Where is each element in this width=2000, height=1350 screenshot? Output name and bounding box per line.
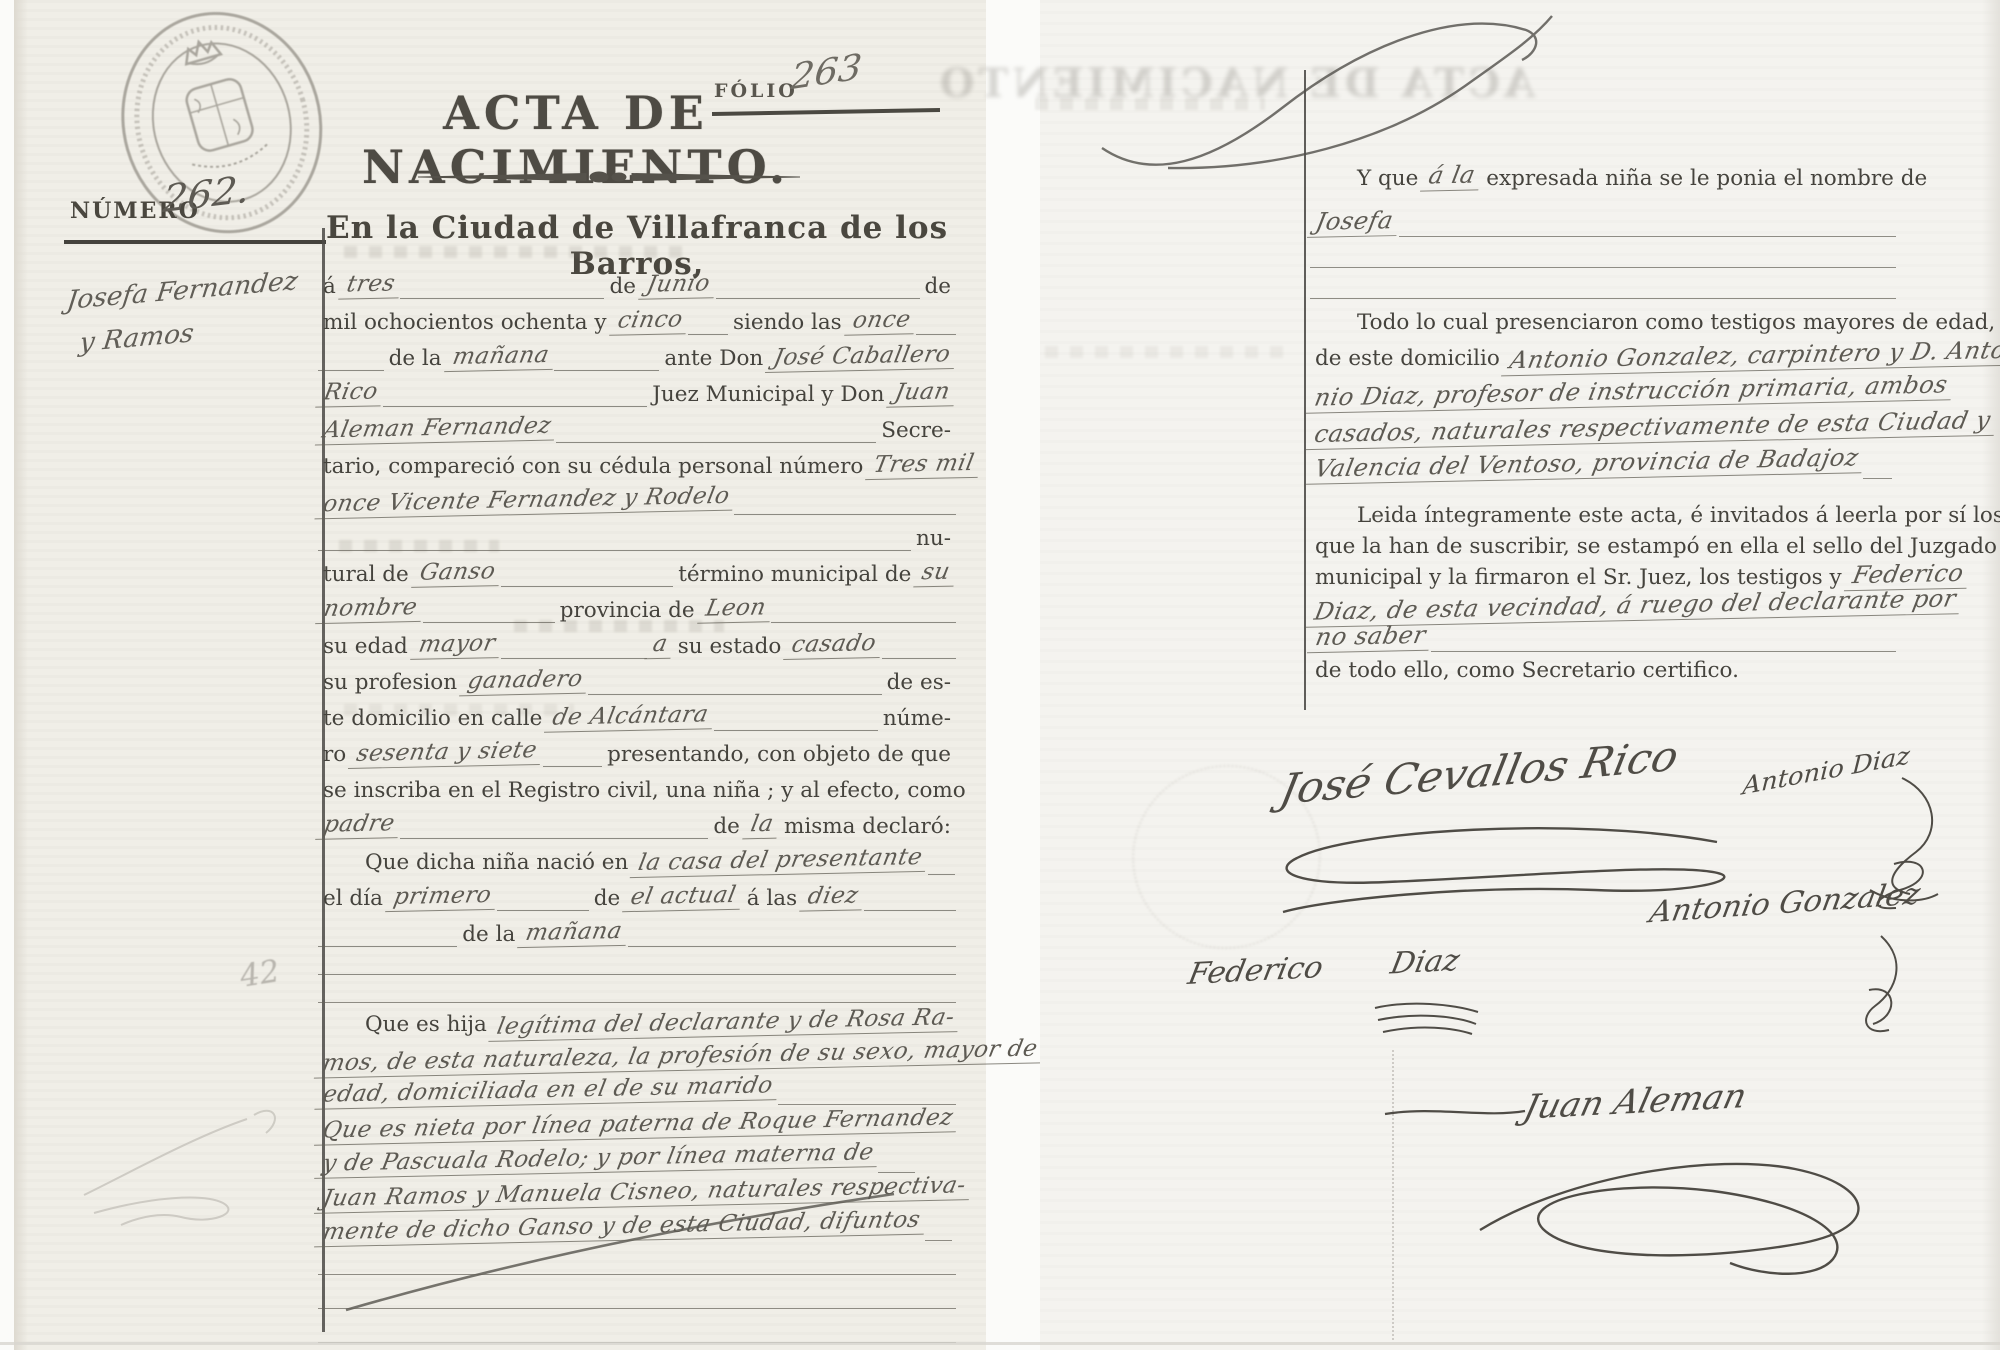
secretary-signature-leadin [1380,1102,1530,1124]
form-line: se inscriba en el Registro civil, una ni… [318,770,956,806]
margin-child-name: Josefa Fernandez y Ramos [59,257,324,366]
printed-text: expresada niña se le ponia el nombre de [1481,166,1932,191]
handwritten-entry: el actual [622,882,744,912]
form-line: y de Pascuala Rodelo; y por línea matern… [318,1142,956,1176]
ruled-underline [423,617,555,623]
form-line: Y queá laexpresada niña se le ponia el n… [1310,148,1896,194]
printed-text: término municipal de [673,562,916,587]
handwritten-entry: la [742,811,782,840]
pencil-annotation: 42 [237,953,282,995]
signer-for-declarant-signature: Federico Diaz [1185,943,1463,992]
printed-text: tural de [318,562,414,587]
printed-text: de [604,274,641,299]
handwritten-entry: su [914,559,959,588]
form-line: no saber [1310,624,1896,655]
form-line: Juan Ramos y Manuela Cisneo, naturales r… [318,1176,956,1210]
handwritten-entry: cinco [609,306,691,336]
form-line [318,1244,956,1278]
ruled-underline [556,437,876,443]
form-line [318,1312,956,1346]
blank-ruled-lines [318,950,956,1006]
secretary-signature: Juan Aleman [1520,1076,1751,1127]
form-line: tural deGansotérmino municipal desu [318,554,956,590]
ruled-underline [882,653,956,659]
ruled-underline [1310,293,1896,299]
printed-text: ro [318,742,351,767]
ruled-underline [501,581,673,587]
witness2-rubric [1835,930,1925,1045]
printed-text: de [708,814,745,839]
ruled-underline [771,617,956,623]
form-line: Aleman FernandezSecre- [318,410,956,446]
filiation-paragraph: Que es hijalegítima del declarante y de … [318,1006,956,1244]
printed-text: Leida íntegramente este acta, é invitado… [1352,503,2000,528]
handwritten-entry: Tres mil [865,450,982,480]
printed-text: de este domicilio [1310,346,1505,371]
scanned-birth-certificate: FÓLIO 263 ACTA DE NACIMIENTO. NÚMERO 262… [0,0,2000,1350]
printed-text: de [589,886,626,911]
handwritten-entry: nombre [315,594,426,624]
handwritten-entry: mañana [444,342,557,372]
printed-text: tario, compareció con su cédula personal… [318,454,868,479]
ruled-underline [1310,262,1896,268]
form-line: su profesionganaderode es- [318,662,956,698]
form-line: mil ochocientos ochenta ycincosiendo las… [318,302,956,338]
ruled-underline [318,1269,956,1275]
form-line: te domicilio en callede Alcántaranúme- [318,698,956,734]
printed-text: se inscriba en el Registro civil, una ni… [318,778,971,803]
form-line: Josefa [1310,194,1896,240]
handwritten-entry: mañana [517,918,630,948]
handwritten-entry: Aleman Fernandez [315,413,560,446]
handwritten-entry: casados, naturales respectivamente de es… [1306,406,1999,450]
form-line [1310,240,1896,271]
ruled-underline [497,905,589,911]
handwritten-entry: no saber [1307,621,1434,654]
ruled-underline [318,969,956,975]
judge-signature: José Cevallos Rico [1276,731,1683,814]
handwritten-entry: Juan [887,378,959,407]
ruled-underline [318,941,457,947]
certificate-right-page: ACTA DE NACIMIENTO José Cevallos Rico An… [1040,0,2000,1350]
handwritten-entry: mos, de esta naturaleza, la profesión de… [314,1035,1046,1078]
ruled-underline [1399,231,1896,237]
form-line: nu- [318,518,956,554]
form-line [1310,271,1896,302]
blank-ruled-lines [1310,240,1896,302]
form-line: edad, domiciliada en el de su marido [318,1074,956,1108]
form-line [318,978,956,1006]
handwritten-entry: casado [783,630,884,660]
ruled-underline [400,833,708,839]
handwritten-entry: Josefa [1307,206,1402,238]
handwritten-entry: y de Pascuala Rodelo; y por línea matern… [314,1139,882,1179]
handwritten-entry: la casa del presentante [630,844,931,878]
ruled-underline [925,1235,953,1241]
handwritten-entry: nio Diaz, profesor de instrucción primar… [1306,370,1956,413]
form-line: Valencia del Ventoso, provincia de Badaj… [1310,446,1896,482]
ruled-underline [318,365,384,371]
ruled-underline [554,365,659,371]
form-line: nio Diaz, profesor de instrucción primar… [1310,374,1896,410]
form-line: tario, compareció con su cédula personal… [318,446,956,482]
handwritten-entry: once [844,306,919,335]
certificate-left-page: FÓLIO 263 ACTA DE NACIMIENTO. NÚMERO 262… [14,0,986,1350]
handwritten-entry: Junio [638,270,718,300]
printed-text: Que dicha niña nació en [360,850,633,875]
ruled-underline [501,653,647,659]
form-line: de este domicilioAntonio Gonzalez, carpi… [1310,338,1896,374]
printed-text: de todo ello, como Secretario certifico. [1310,658,1744,683]
ruled-underline [318,545,911,551]
printed-text: que la han de suscribir, se estampó en e… [1310,534,2000,559]
printed-text: el día [318,886,388,911]
printed-text: ante Don [659,346,768,371]
ruled-underline [383,401,647,407]
title-divider-ornament [414,166,804,188]
form-line: rosesenta y sietepresentando, con objeto… [318,734,956,770]
printed-text: Que es hija [360,1012,492,1037]
ruled-underline [916,329,956,335]
printed-text: te domicilio en calle [318,706,547,731]
form-line: de lamañana [318,914,956,950]
form-line: casados, naturales respectivamente de es… [1310,410,1896,446]
form-line: mos, de esta naturaleza, la profesión de… [318,1040,956,1074]
printed-text: misma declaró: [779,814,956,839]
handwritten-entry: legítima del declarante y de Rosa Ra- [488,1004,963,1042]
form-line: de todo ello, como Secretario certifico. [1310,655,1896,686]
printed-text: su edad [318,634,413,659]
handwritten-entry: mente de dicho Ganso y de esta Ciudad, d… [314,1207,929,1248]
ruled-underline [688,329,728,335]
handwritten-entry: mayor [410,630,504,660]
ruled-underline [628,941,956,947]
margin-column-rule [1304,70,1306,710]
handwritten-entry: Ganso [411,558,504,588]
printed-text: Secre- [876,418,956,443]
form-line: mente de dicho Ganso y de esta Ciudad, d… [318,1210,956,1244]
form-line: padredelamisma declaró: [318,806,956,842]
handwritten-entry: José Caballero [765,341,959,373]
ruled-underline [1863,473,1893,479]
faint-margin-flourish [69,1075,309,1240]
fold-crease-line [1392,1050,1394,1340]
ruled-underline [714,725,878,731]
printed-text: á [318,274,341,299]
form-line: que la han de suscribir, se estampó en e… [1310,531,1896,562]
form-line [318,1278,956,1312]
printed-text: de [920,274,957,299]
blank-ruled-lines [318,1244,956,1346]
handwritten-entry: once Vicente Fernandez y Rodelo [314,483,738,520]
printed-text: Y que [1352,166,1423,191]
ruled-underline [318,997,956,1003]
form-line [318,950,956,978]
handwritten-entry: Valencia del Ventoso, provincia de Badaj… [1306,443,1867,485]
form-line: nombreprovincia deLeon [318,590,956,626]
handwritten-entry: sesenta y siete [348,737,546,769]
form-line: Que dicha niña nació enla casa del prese… [318,842,956,878]
printed-text: Juez Municipal y Don [647,382,889,407]
ruled-underline [318,1303,956,1309]
ruled-underline [716,293,920,299]
ruled-underline [928,869,955,875]
printed-text: municipal y la firmaron el Sr. Juez, los… [1310,565,1847,590]
signer-rubric [1370,998,1485,1043]
form-line: de lamañanaante DonJosé Caballero [318,338,956,374]
numero-underline [64,240,326,244]
printed-text: mil ochocientos ochenta y [318,310,612,335]
secretary-rubric [1455,1135,1885,1305]
printed-text: de la [457,922,520,947]
ruled-underline [588,689,881,695]
handwritten-entry: á la [1420,160,1484,191]
handwritten-entry: diez [799,882,866,911]
ruled-underline [543,761,603,767]
printed-text: provincia de [555,598,700,623]
scan-bottom-edge [0,1342,2000,1345]
printed-text: nu- [911,526,956,551]
ruled-underline [1431,646,1896,652]
handwritten-entry: de Alcántara [544,701,717,732]
printed-text: su estado [673,634,787,659]
ruled-underline [878,1167,914,1173]
bleedthrough-smudge [344,246,694,258]
ruled-underline [400,293,604,299]
handwritten-entry: Rico [315,378,386,407]
form-line: Diaz, de esta vecindad, á ruego del decl… [1310,593,1896,624]
form-line: su edadmayorasu estadocasado [318,626,956,662]
handwritten-entry: a [644,631,676,660]
bleedthrough-smudge [1035,98,1265,110]
form-line: Todo lo cual presenciaron como testigos … [1310,302,1896,338]
printed-text: presentando, con objeto de que [602,742,956,767]
form-line: Que es nieta por línea paterna de Roque … [318,1108,956,1142]
handwritten-entry: primero [385,882,500,912]
bleedthrough-smudge [1045,346,1285,358]
closing-paragraph: Leida íntegramente este acta, é invitado… [1310,500,1896,686]
form-line: el díaprimerodeel actualá lasdiez [318,878,956,914]
form-line: once Vicente Fernandez y Rodelo [318,482,956,518]
printed-text: su profesion [318,670,462,695]
handwritten-entry: edad, domiciliada en el de su marido [314,1072,781,1110]
child-name-clause: Y queá laexpresada niña se le ponia el n… [1310,148,1896,240]
form-line: átresdeJuniode [318,266,956,302]
handwritten-entry: padre [315,810,403,840]
form-line: RicoJuez Municipal y DonJuan [318,374,956,410]
printed-text: núme- [878,706,956,731]
handwritten-entry: ganadero [459,666,591,697]
printed-text: siendo las [728,310,847,335]
ruled-underline [734,509,956,515]
printed-text: Todo lo cual presenciaron como testigos … [1352,310,2000,335]
printed-text: á las [742,886,802,911]
form-line: Que es hijalegítima del declarante y de … [318,1006,956,1040]
ruled-underline [864,905,956,911]
form-line: Leida íntegramente este acta, é invitado… [1310,500,1896,531]
printed-text: de es- [882,670,956,695]
printed-text: de la [384,346,447,371]
handwritten-entry: Leon [697,594,774,623]
witnesses-paragraph: Todo lo cual presenciaron como testigos … [1310,302,1896,482]
handwritten-entry: tres [338,270,403,299]
registration-form: átresdeJuniodemil ochocientos ochenta yc… [318,266,956,950]
